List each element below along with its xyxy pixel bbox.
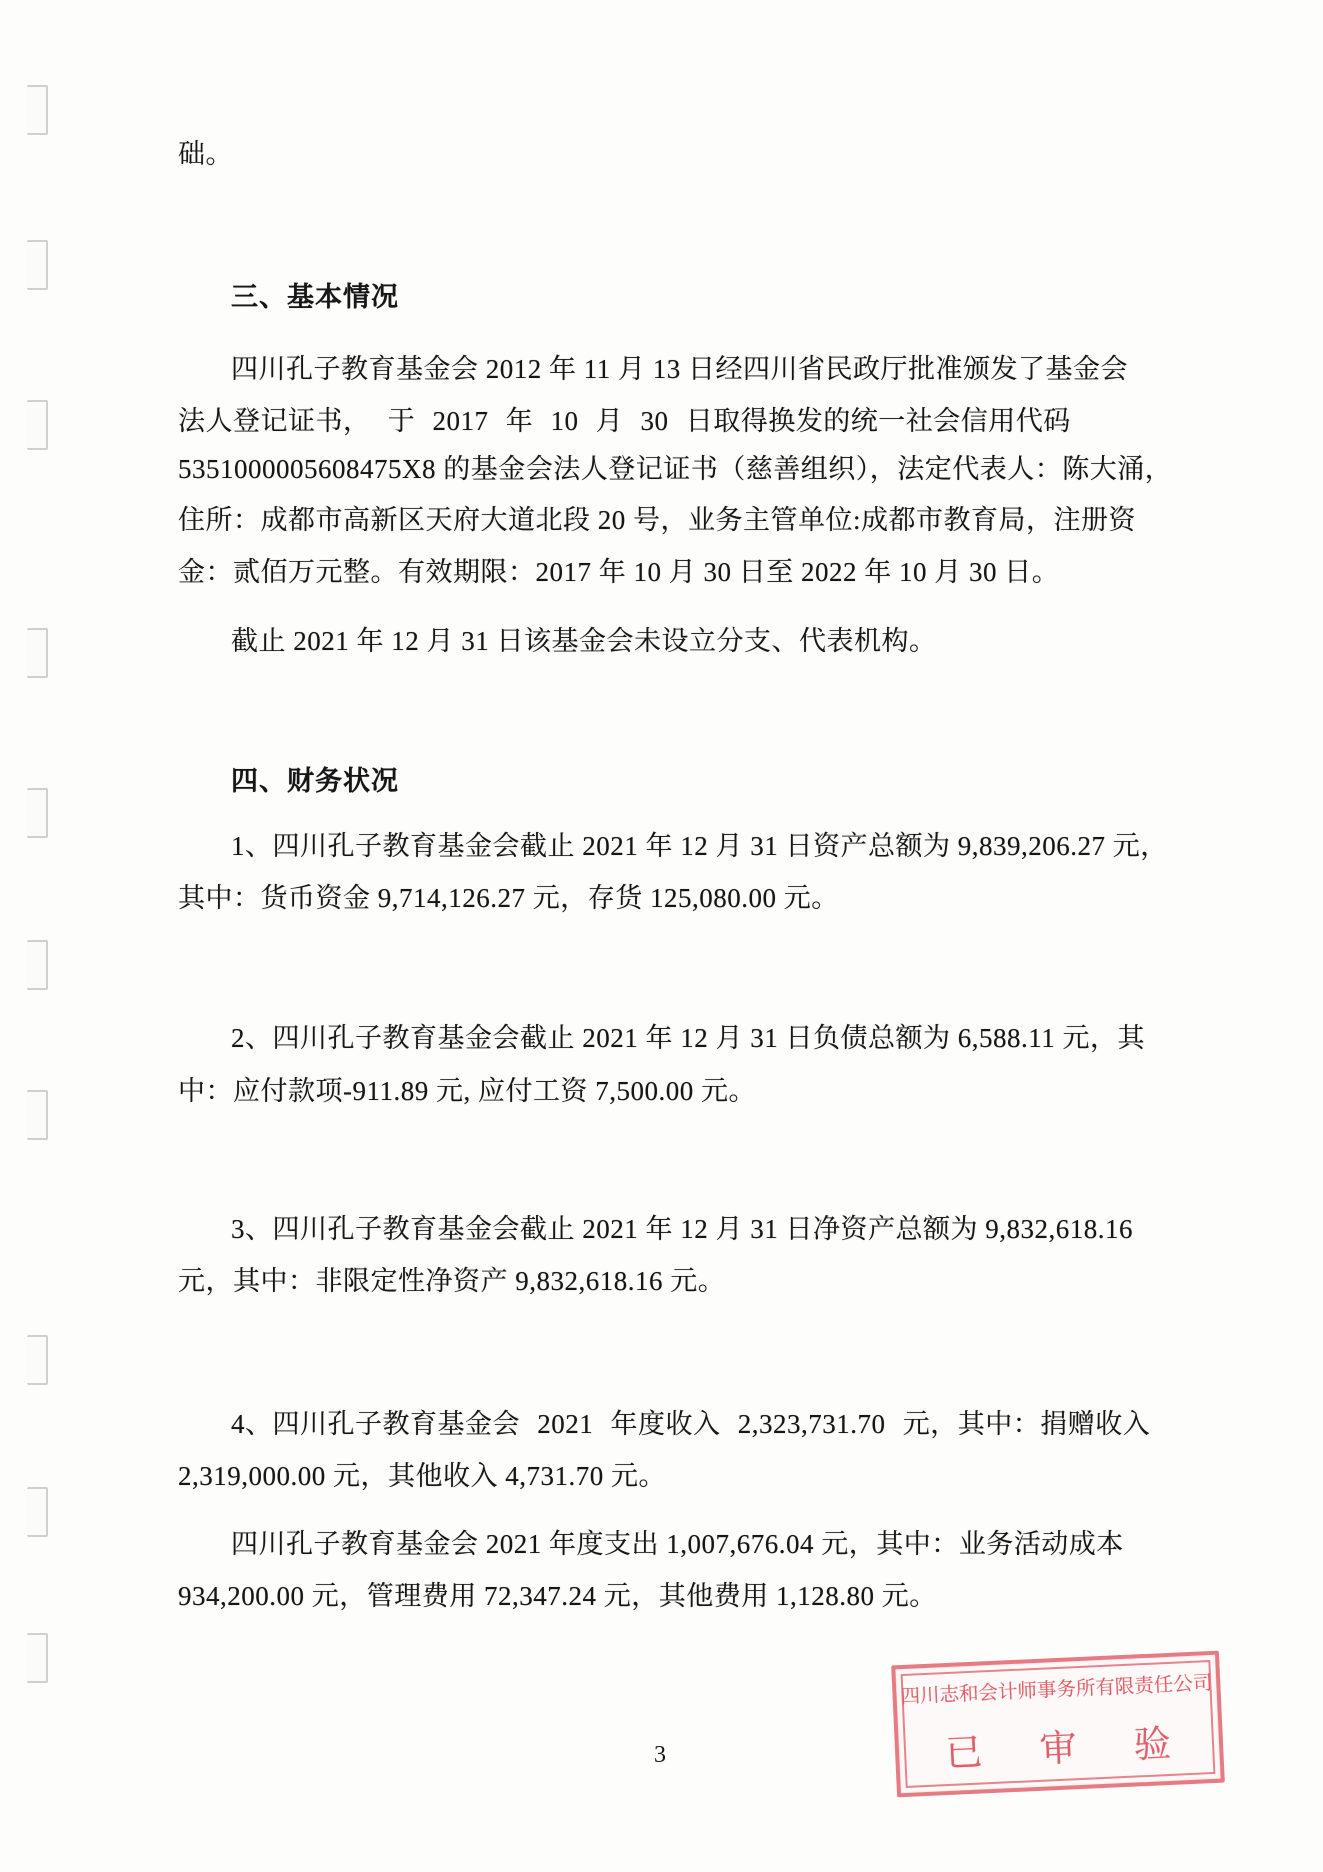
text-line: 法人登记证书， 于 2017 年 10 月 30 日取得换发的统一社会信用代码 xyxy=(178,404,1071,438)
binding-hole-mark xyxy=(27,788,48,838)
binding-hole-mark xyxy=(27,1090,48,1140)
binding-hole-mark xyxy=(27,400,48,450)
stamp-verified-label: 已 审 验 xyxy=(944,1713,1174,1777)
text-line: 其中：货币资金 9,714,126.27 元，存货 125,080.00 元。 xyxy=(178,881,839,915)
section-heading: 四、财务状况 xyxy=(231,764,399,798)
text-line: 934,200.00 元，管理费用 72,347.24 元，其他费用 1,128… xyxy=(178,1579,937,1613)
text-line: 4、四川孔子教育基金会 2021 年度收入 2,323,731.70 元，其中：… xyxy=(231,1407,1150,1441)
binding-hole-mark xyxy=(27,628,48,678)
text-line: 金：贰佰万元整。有效期限：2017 年 10 月 30 日至 2022 年 10… xyxy=(178,555,1059,589)
text-line: 2、四川孔子教育基金会截止 2021 年 12 月 31 日负债总额为 6,58… xyxy=(231,1021,1145,1055)
binding-hole-mark xyxy=(27,940,48,990)
document-page: 础。三、基本情况四川孔子教育基金会 2012 年 11 月 13 日经四川省民政… xyxy=(0,0,1323,1872)
binding-hole-mark xyxy=(27,1487,48,1537)
binding-hole-mark xyxy=(27,240,48,290)
binding-hole-mark xyxy=(27,1335,48,1385)
text-line: 中：应付款项-911.89 元, 应付工资 7,500.00 元。 xyxy=(178,1074,756,1108)
stamp-company-name: 四川志和会计师事务所有限责任公司 xyxy=(900,1667,1213,1709)
text-line: 四川孔子教育基金会 2021 年度支出 1,007,676.04 元，其中：业务… xyxy=(231,1527,1124,1561)
text-line: 础。 xyxy=(178,137,233,171)
text-line: 2,319,000.00 元，其他收入 4,731.70 元。 xyxy=(178,1459,666,1493)
audit-stamp: 四川志和会计师事务所有限责任公司 已 审 验 xyxy=(891,1651,1225,1798)
text-line: 5351000005608475X8 的基金会法人登记证书（慈善组织），法定代表… xyxy=(178,452,1172,486)
audit-stamp-inner-border: 四川志和会计师事务所有限责任公司 已 审 验 xyxy=(901,1660,1216,1788)
text-line: 住所：成都市高新区天府大道北段 20 号，业务主管单位:成都市教育局，注册资 xyxy=(178,503,1136,537)
binding-hole-mark xyxy=(27,1633,48,1683)
text-line: 3、四川孔子教育基金会截止 2021 年 12 月 31 日净资产总额为 9,8… xyxy=(231,1212,1133,1246)
text-line: 四川孔子教育基金会 2012 年 11 月 13 日经四川省民政厅批准颁发了基金… xyxy=(231,352,1128,386)
text-line: 元，其中：非限定性净资产 9,832,618.16 元。 xyxy=(178,1264,725,1298)
binding-hole-mark xyxy=(27,85,48,135)
text-line: 1、四川孔子教育基金会截止 2021 年 12 月 31 日资产总额为 9,83… xyxy=(231,829,1168,863)
page-number: 3 xyxy=(638,1742,682,1769)
text-line: 截止 2021 年 12 月 31 日该基金会未设立分支、代表机构。 xyxy=(231,624,937,658)
section-heading: 三、基本情况 xyxy=(231,280,399,314)
